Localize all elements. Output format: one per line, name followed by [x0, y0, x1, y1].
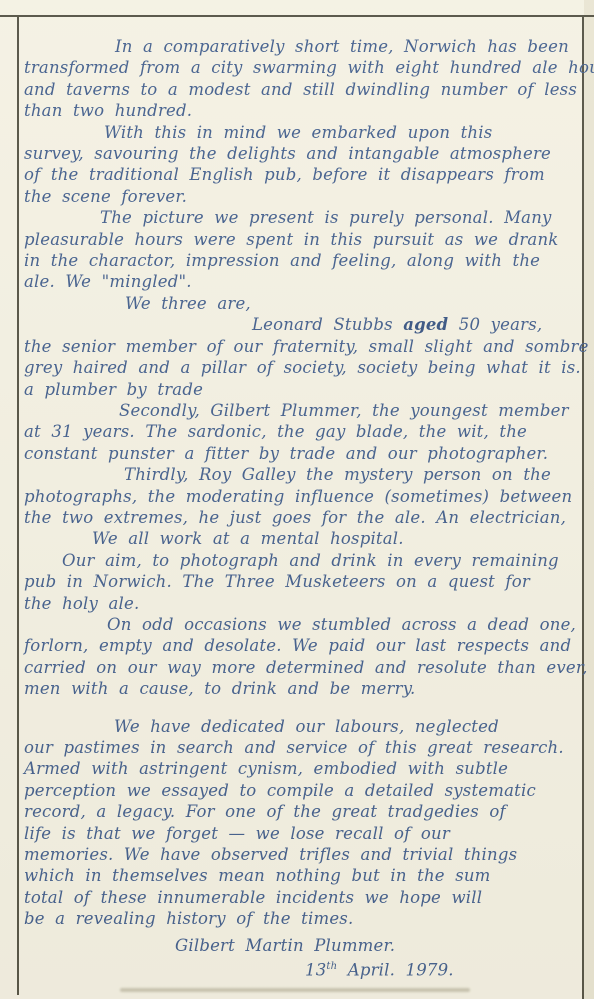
handwritten-line: Our aim, to photograph and drink in ever…	[24, 550, 576, 571]
handwritten-line: On odd occasions we stumbled across a de…	[24, 614, 576, 635]
handwritten-line: at 31 years. The sardonic, the gay blade…	[24, 421, 576, 442]
handwritten-line: Leonard Stubbs aged 50 years,	[24, 314, 576, 335]
handwritten-line: memories. We have observed trifles and t…	[24, 844, 576, 865]
handwritten-line: be a revealing history of the times.	[24, 908, 576, 929]
handwritten-line: a plumber by trade	[24, 379, 576, 400]
handwritten-line: the two extremes, he just goes for the a…	[24, 507, 576, 528]
handwritten-line: In a comparatively short time, Norwich h…	[24, 36, 576, 57]
handwritten-line: constant punster a fitter by trade and o…	[24, 443, 576, 464]
handwritten-text-segment: 50 years,	[448, 315, 542, 334]
handwritten-line: Armed with astringent cynism, embodied w…	[24, 758, 576, 779]
handwritten-line: pub in Norwich. The Three Musketeers on …	[24, 571, 576, 592]
handwritten-line: carried on our way more determined and r…	[24, 657, 576, 678]
page-border-top-line	[0, 15, 594, 17]
handwritten-text-segment: th	[326, 961, 337, 972]
handwritten-line: Secondly, Gilbert Plummer, the youngest …	[24, 400, 576, 421]
handwritten-line: which in themselves mean nothing but in …	[24, 865, 576, 886]
handwritten-line: survey, savouring the delights and intan…	[24, 143, 576, 164]
handwritten-line: life is that we forget — we lose recall …	[24, 823, 576, 844]
handwritten-line: photographs, the moderating influence (s…	[24, 486, 576, 507]
handwritten-line: With this in mind we embarked upon this	[24, 122, 576, 143]
handwritten-line: in the charactor, impression and feeling…	[24, 250, 576, 271]
page-right-margin	[584, 0, 594, 999]
handwritten-line: We three are,	[24, 293, 576, 314]
handwritten-line: the scene forever.	[24, 186, 576, 207]
handwritten-line: Thirdly, Roy Galley the mystery person o…	[24, 464, 576, 485]
handwritten-line: men with a cause, to drink and be merry.	[24, 678, 576, 699]
handwritten-text: In a comparatively short time, Norwich h…	[24, 36, 576, 981]
handwritten-line: pleasurable hours were spent in this pur…	[24, 229, 576, 250]
handwritten-line: record, a legacy. For one of the great t…	[24, 801, 576, 822]
handwritten-line: the senior member of our fraternity, sma…	[24, 336, 576, 357]
page-bottom-edge-shadow	[120, 988, 470, 992]
handwritten-line: of the traditional English pub, before i…	[24, 164, 576, 185]
handwritten-line: We all work at a mental hospital.	[24, 528, 576, 549]
handwritten-line: transformed from a city swarming with ei…	[24, 57, 576, 78]
handwritten-text-segment: Leonard Stubbs	[252, 315, 403, 334]
handwritten-line: forlorn, empty and desolate. We paid our…	[24, 635, 576, 656]
handwritten-line: perception we essayed to compile a detai…	[24, 780, 576, 801]
handwritten-line: total of these innumerable incidents we …	[24, 887, 576, 908]
signature-name: Gilbert Martin Plummer.	[24, 935, 576, 956]
handwritten-line: ale. We "mingled".	[24, 271, 576, 292]
handwritten-text-segment: April. 1979.	[337, 961, 454, 980]
handwritten-line: grey haired and a pillar of society, soc…	[24, 357, 576, 378]
handwritten-text-segment: aged	[403, 315, 448, 334]
handwritten-line: and taverns to a modest and still dwindl…	[24, 79, 576, 100]
handwritten-line: We have dedicated our labours, neglected	[24, 716, 576, 737]
handwritten-page: In a comparatively short time, Norwich h…	[0, 0, 594, 999]
signature-date: 13th April. 1979.	[24, 956, 576, 981]
handwritten-line: the holy ale.	[24, 593, 576, 614]
handwritten-text-segment: 13	[305, 961, 326, 980]
page-border-left-line	[17, 15, 19, 995]
page-border-right-line	[582, 15, 584, 999]
handwritten-line: than two hundred.	[24, 100, 576, 121]
handwritten-line: our pastimes in search and service of th…	[24, 737, 576, 758]
handwritten-line: The picture we present is purely persona…	[24, 207, 576, 228]
